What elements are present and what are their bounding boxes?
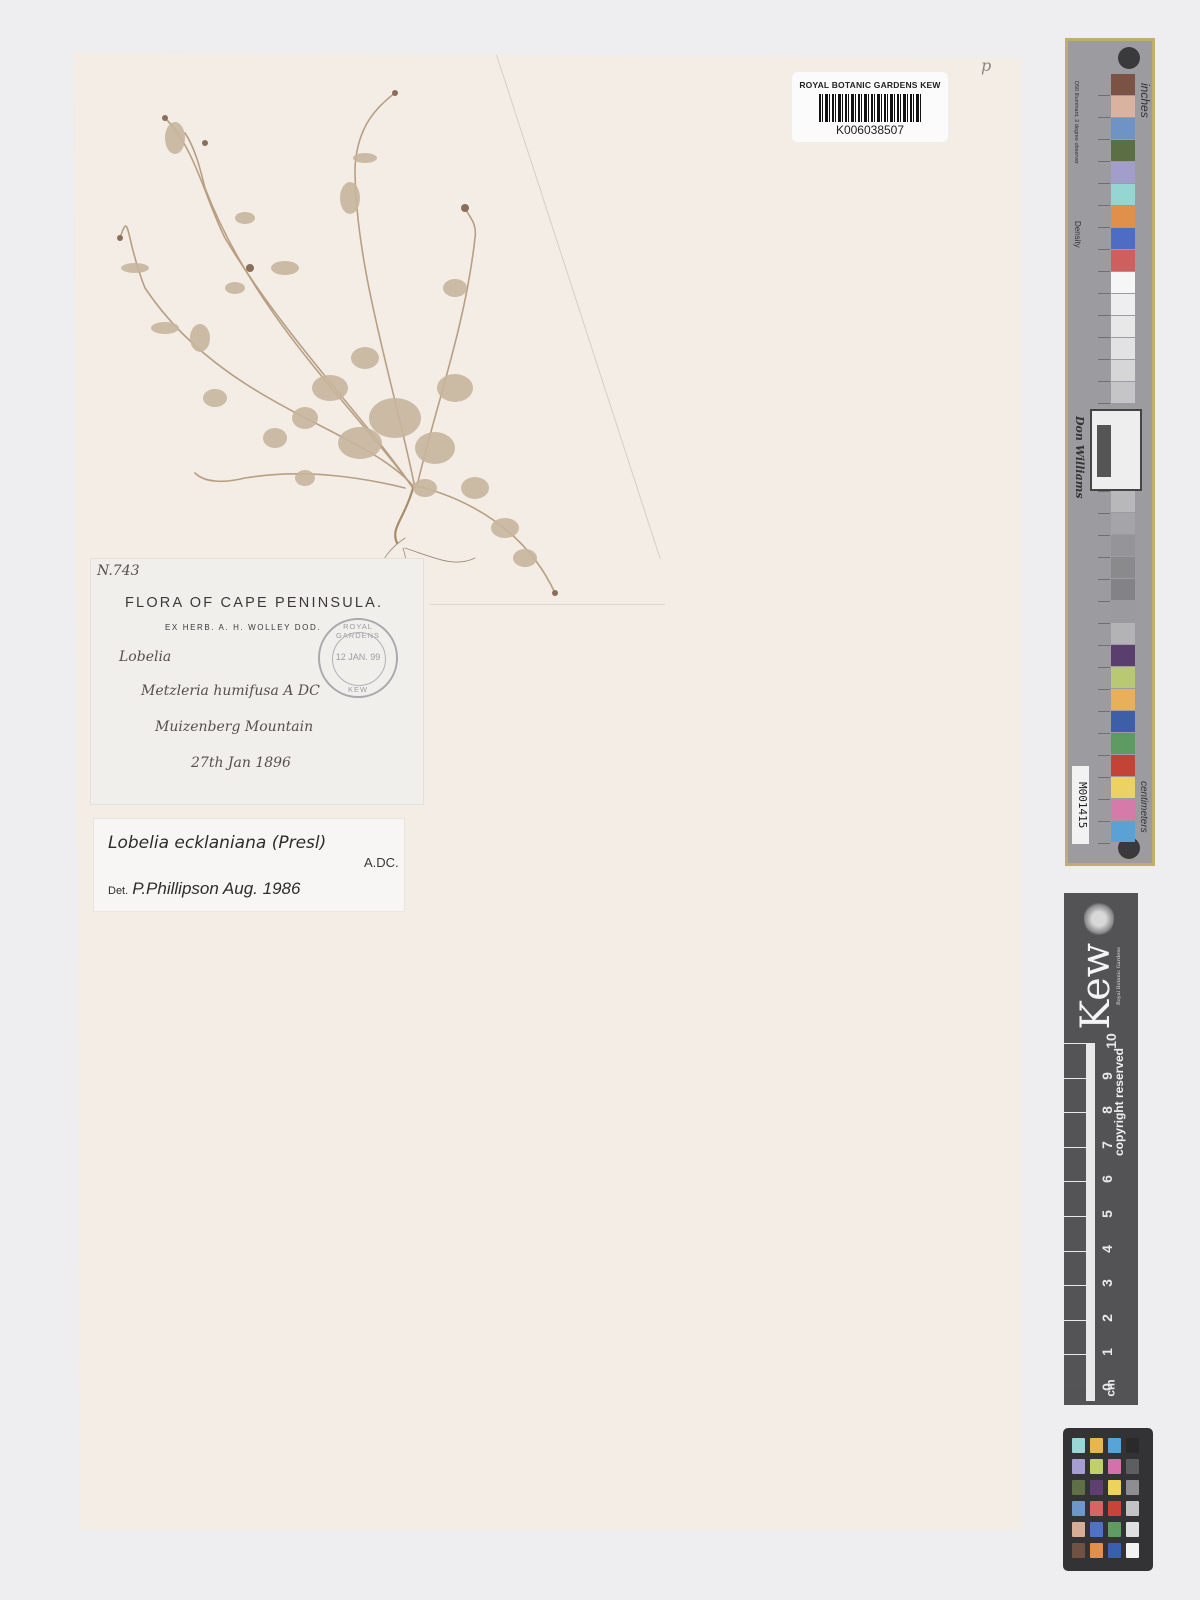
color-checker-cell [1072,1543,1085,1558]
strip-color-patch [1111,623,1135,644]
color-checker-cell [1072,1480,1085,1495]
strip-color-patch [1111,535,1135,556]
color-checker-cell [1072,1459,1085,1474]
color-checker-cell [1108,1522,1121,1537]
strip-color-patch [1111,491,1135,512]
color-checker-cell [1108,1543,1121,1558]
color-checker-cell [1072,1438,1085,1453]
locality-handwritten: Muizenberg Mountain [155,719,313,735]
strip-color-patch [1111,184,1135,205]
target-wedge [1097,425,1111,477]
strip-color-patch [1111,601,1135,622]
strip-color-patch [1111,579,1135,600]
pencil-mark: p [981,56,991,75]
kew-logo-subtitle: Royal Botanic Gardens [1116,947,1122,1005]
kew-logo: Kew [1076,943,1116,1030]
strip-color-patch [1111,755,1135,776]
strip-color-patch [1111,96,1135,117]
color-checker-cell [1108,1459,1121,1474]
collection-number: N.743 [97,563,140,579]
copyright-text: copyright reserved [1112,1048,1126,1156]
color-checker-cell [1108,1480,1121,1495]
ruler-segment [1064,1181,1086,1216]
ruler-tick-label: 5 [1099,1210,1115,1218]
strip-color-patch [1111,228,1135,249]
stamp-bottom-text: KEW [320,685,396,694]
color-calibration-strip: inches centimeters D50 Illuminant, 2 deg… [1065,38,1155,866]
barcode-institution: ROYAL BOTANIC GARDENS KEW [792,80,948,90]
determination-label: Lobelia ecklaniana (Presl) A.DC. Det.P.P… [93,818,405,912]
ruler-segment [1064,1320,1086,1355]
ruler-tick-label: 10 [1103,1033,1119,1049]
strip-id-label: M001415 [1072,766,1089,844]
strip-inches-label: inches [1138,83,1152,118]
strip-color-patch [1111,557,1135,578]
ruler-segment [1064,1147,1086,1182]
ruler-segment [1064,1078,1086,1113]
strip-color-patch [1111,316,1135,337]
ruler-segment [1064,1216,1086,1251]
strip-color-patch [1111,799,1135,820]
collection-date-handwritten: 27th Jan 1896 [191,755,291,771]
strip-hole-icon [1118,47,1140,69]
strip-color-patch [1111,118,1135,139]
ruler-segment [1064,1285,1086,1320]
kew-scale-ruler: Kew Royal Botanic Gardens copyright rese… [1064,893,1138,1405]
ruler-segment [1064,1043,1086,1078]
color-checker-cell [1090,1438,1103,1453]
resolution-target [1090,409,1142,491]
barcode-label: ROYAL BOTANIC GARDENS KEW K006038507 [792,72,948,142]
ruler-tick-label: 8 [1099,1106,1115,1114]
ruler-tick-label: 3 [1099,1279,1115,1287]
strip-color-patch [1111,206,1135,227]
strip-color-patch [1111,360,1135,381]
strip-color-patch [1111,667,1135,688]
color-checker-cell [1126,1438,1139,1453]
original-name-handwritten: Metzleria humifusa A DC [141,683,320,699]
ruler-tick-label: 1 [1099,1348,1115,1356]
determiner: P.Phillipson Aug. 1986 [132,879,300,898]
strip-color-patch [1111,294,1135,315]
strip-color-patch [1111,250,1135,271]
color-checker-cell [1072,1501,1085,1516]
strip-color-patch [1111,382,1135,403]
strip-color-patch [1111,338,1135,359]
ruler-tick-label: 6 [1099,1175,1115,1183]
strip-illuminant-text: D50 Illuminant, 2 degree observer [1073,81,1079,164]
ruler-segment [1064,1251,1086,1286]
strip-color-patch [1111,162,1135,183]
collection-title: FLORA OF CAPE PENINSULA. [125,595,383,611]
color-checker-cell [1090,1501,1103,1516]
ruler-tick-label: 0 [1099,1383,1115,1391]
strip-color-patch [1111,74,1135,95]
ruler-scale [1064,1043,1097,1401]
strip-color-patch [1111,272,1135,293]
kew-crest-icon [1084,901,1114,937]
ruler-tick-label: 4 [1099,1245,1115,1253]
strip-brand: Don Williams [1073,416,1086,499]
barcode-icon [819,94,921,122]
color-checker-cell [1072,1522,1085,1537]
strip-color-patch [1111,777,1135,798]
color-checker-card [1063,1428,1153,1571]
strip-color-patch [1111,513,1135,534]
strip-density-label: Density [1073,221,1082,248]
color-checker-cell [1126,1522,1139,1537]
strip-color-patch [1111,711,1135,732]
strip-color-patch [1111,140,1135,161]
kew-receipt-stamp: ROYAL GARDENS 12 JAN. 99 KEW [318,618,398,698]
stamp-date: 12 JAN. 99 [320,652,396,662]
color-checker-cell [1126,1501,1139,1516]
ruler-tick-label: 9 [1099,1072,1115,1080]
strip-color-patch [1111,689,1135,710]
color-checker-cell [1126,1543,1139,1558]
strip-color-patch [1111,821,1135,842]
ruler-tick-label: 2 [1099,1314,1115,1322]
color-checker-cell [1126,1459,1139,1474]
strip-color-patch [1111,645,1135,666]
color-checker-cell [1126,1480,1139,1495]
color-checker-cell [1108,1438,1121,1453]
color-checker-cell [1090,1522,1103,1537]
determined-name: Lobelia ecklaniana (Presl) [108,833,326,853]
genus-handwritten: Lobelia [119,649,171,665]
strip-centimeters-label: centimeters [1138,781,1149,833]
color-checker-cell [1090,1543,1103,1558]
color-checker-grid [1072,1438,1139,1558]
det-prefix: Det. [108,885,128,897]
ruler-segment [1064,1112,1086,1147]
plant-specimen [105,88,585,608]
color-checker-cell [1108,1501,1121,1516]
collection-subtitle: EX HERB. A. H. WOLLEY DOD. [165,623,321,632]
ruler-segment [1064,1354,1086,1389]
determiner-line: Det.P.Phillipson Aug. 1986 [108,879,300,899]
ruler-tick-label: 7 [1099,1141,1115,1149]
determined-authority: A.DC. [364,855,399,870]
color-checker-cell [1090,1480,1103,1495]
barcode-number: K006038507 [792,123,948,137]
color-checker-cell [1090,1459,1103,1474]
strip-color-patch [1111,733,1135,754]
